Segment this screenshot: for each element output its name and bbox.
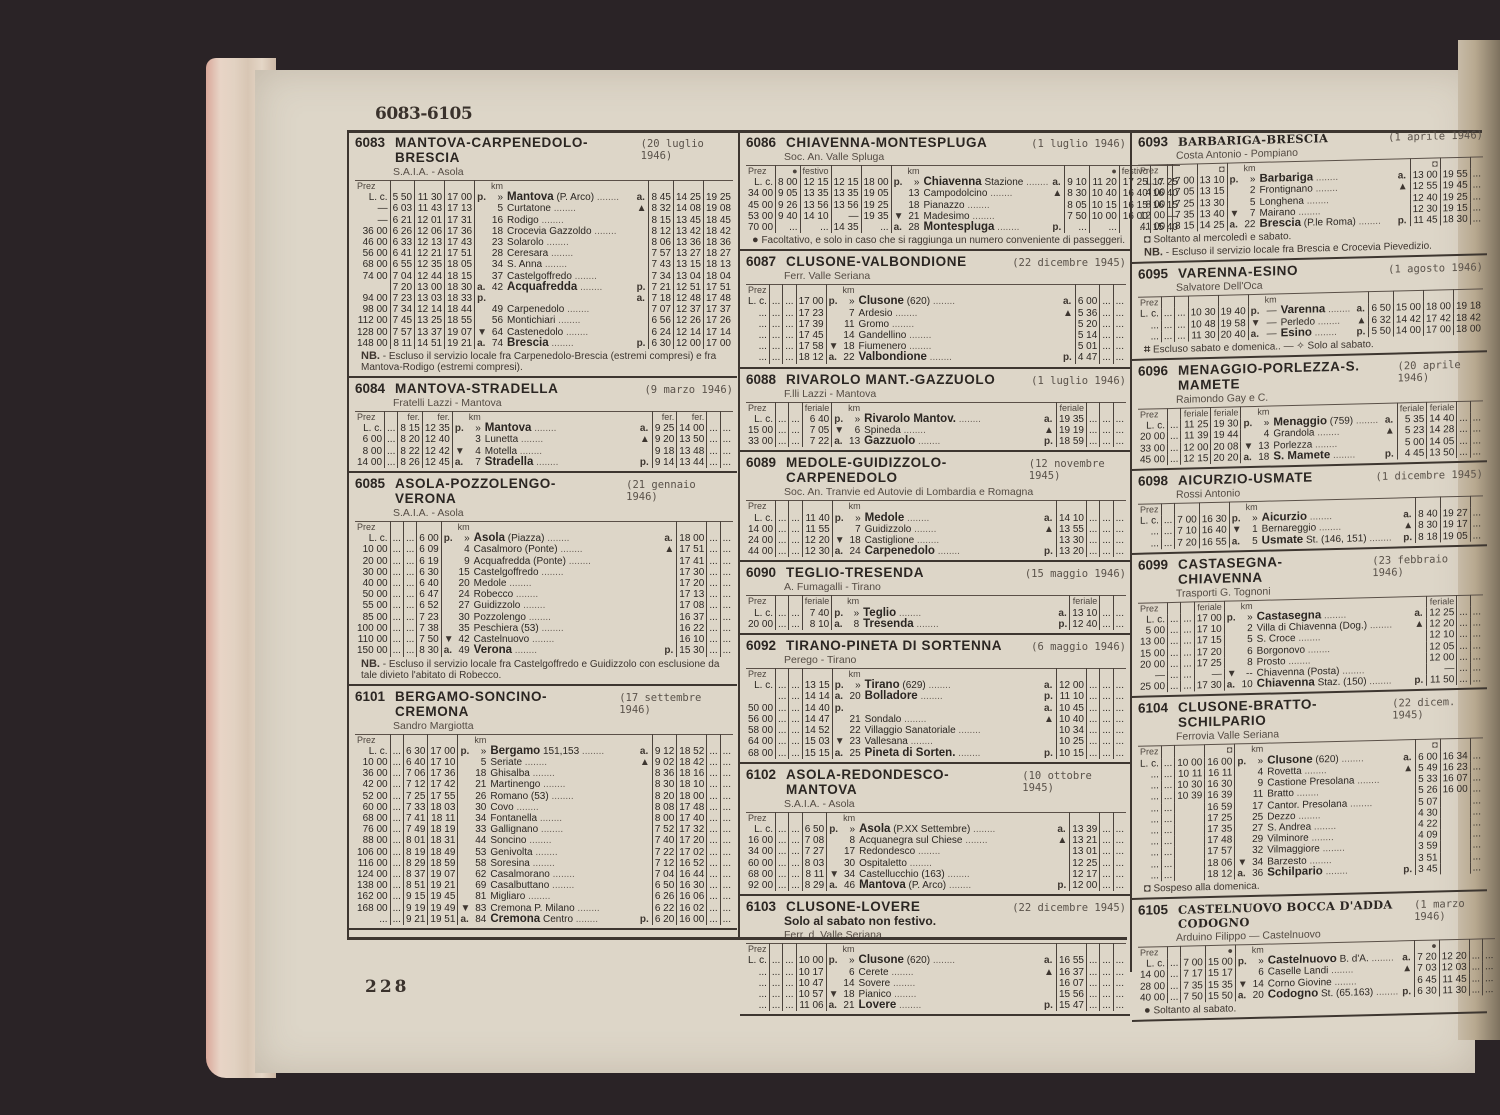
return-time: 17 00 [703, 338, 733, 349]
return-time: ... [707, 824, 720, 835]
return-time: ... [707, 612, 720, 623]
km-cell: 49 [489, 304, 505, 315]
departure-time: 10 57 [796, 989, 826, 1000]
km-cell: — [1263, 317, 1279, 329]
service-header: ● [1089, 166, 1119, 178]
return-time: ... [1469, 962, 1482, 974]
schedule-row: 36 00...7 0617 3618Ghisalba ........8 36… [355, 768, 733, 779]
service-header [796, 944, 826, 956]
return-time: ... [707, 891, 720, 902]
departure-time: ... [403, 533, 416, 544]
return-time: ... [1100, 748, 1113, 759]
direction-flag [458, 847, 472, 858]
station-name: Acquafredda [507, 281, 577, 293]
leader-dots: ........ [1323, 865, 1348, 877]
fare-header: Prez [746, 501, 776, 513]
km-header: km [847, 669, 863, 681]
fare-cell: 88 00 [355, 835, 390, 846]
return-flag: a. [662, 533, 676, 544]
station-name: Gromo [859, 319, 890, 330]
return-time: 17 32 [677, 824, 707, 835]
direction-flag [458, 835, 472, 846]
return-time: ... [1100, 955, 1113, 966]
block-header: 6089MEDOLE-GUIDIZZOLO-CARPENEDOLO(12 nov… [746, 455, 1126, 485]
departure-time: ... [789, 535, 802, 546]
service-header [1168, 946, 1181, 958]
return-time: ... [707, 746, 720, 757]
route-title: MANTOVA-STRADELLA [395, 381, 558, 396]
schedule-row: L. c.8 0012 1512 1518 00p.»Chiavenna Sta… [746, 177, 1180, 188]
km-cell: 22 [1241, 219, 1257, 231]
return-time: 8 20 [652, 791, 676, 802]
station-cell: Pineta di Sorten. ........ [863, 748, 1042, 759]
departure-time: 14 47 [802, 714, 832, 725]
return-time: 19 17 [1440, 519, 1470, 531]
direction-header [826, 944, 840, 956]
km-cell: 30 [472, 802, 488, 813]
km-cell: 10 [1239, 679, 1255, 691]
direction-flag [1224, 635, 1238, 647]
return-time: 15 30 [677, 645, 707, 656]
return-time: 13 15 [673, 259, 703, 270]
direction-flag: p. [452, 423, 466, 434]
departure-time: ... [1168, 431, 1181, 443]
departure-time: 17 42 [428, 779, 458, 790]
departure-time: ... [1168, 647, 1181, 659]
return-time: 6 20 [652, 914, 676, 925]
direction-flag: p. [832, 608, 845, 619]
schedule-row: L. c.......13 15p.»Tirano (629) ........… [746, 680, 1126, 691]
return-time: 8 32 [649, 203, 673, 214]
schedule-table: PrezkmL. c.......10 00p.»Clusone (620) .… [746, 943, 1126, 1011]
station-cell: Curtatone ........ [505, 203, 635, 214]
direction-flag [441, 556, 455, 567]
service-header [707, 412, 720, 424]
station-name: Esino [1281, 326, 1312, 339]
departure-time: 11 43 [415, 203, 445, 214]
return-time: 9 10 [1065, 177, 1089, 188]
leader-dots: ........ [956, 725, 981, 736]
leader-dots: ........ [970, 824, 995, 835]
service-header [1161, 297, 1174, 309]
return-flag [638, 791, 652, 802]
direction-flag: p. [827, 824, 841, 835]
km-cell: 34 [1249, 856, 1265, 868]
return-time: ... [1100, 989, 1113, 1000]
leader-dots: ........ [930, 296, 955, 307]
departure-time: 18 30 [445, 282, 475, 293]
schedule-table: PrezkmL. c.......11 40p.»Medole ........… [746, 500, 1126, 557]
return-time: ... [1100, 725, 1113, 736]
station-name: Bergamo [490, 745, 540, 757]
km-cell: 6 [1250, 967, 1266, 979]
fare-cell: ... [1138, 870, 1161, 882]
return-time: 7 22 [652, 847, 676, 858]
station-name: Soncino [490, 835, 526, 846]
departure-time: ... [1168, 614, 1181, 626]
departure-time: ... [789, 858, 802, 869]
direction-flag: p. [891, 177, 905, 188]
km-cell: 56 [489, 315, 505, 326]
km-header: km [467, 412, 483, 424]
return-time: ... [707, 768, 720, 779]
schedule-row: 88 00...8 0118 3144Soncino ........7 401… [355, 835, 733, 846]
effective-date: (6 maggio 1946) [1031, 641, 1126, 653]
return-time [1440, 818, 1470, 830]
departure-time: 18 03 [428, 802, 458, 813]
return-time: ... [1113, 680, 1126, 691]
direction-flag [458, 779, 472, 790]
schedule-row: 50 00......14 40p.a.10 45......... [746, 703, 1126, 714]
operator-line: Soc. An. Valle Spluga [746, 151, 1126, 163]
footnote-text: Sospeso alla domenica. [1153, 881, 1259, 895]
return-time: 15 00 [1393, 302, 1423, 314]
direction-flag [1235, 767, 1249, 779]
departure-time: ... [789, 869, 802, 880]
departure-time: 7 00 [1175, 515, 1199, 527]
return-flag [635, 259, 649, 270]
return-time: 19 45 [1440, 180, 1470, 192]
station-name: Varenna [1281, 304, 1326, 317]
leader-dots: ........ [896, 1000, 921, 1011]
km-header: km [1239, 600, 1255, 612]
fare-cell: 60 00 [746, 858, 776, 869]
fare-cell: 85 00 [355, 612, 390, 623]
schedule-row: 45 009 2613 5613 5619 2518Pianazzo .....… [746, 200, 1180, 211]
departure-time: ... [390, 824, 403, 835]
leader-dots: ........ [1369, 953, 1394, 965]
schedule-row: 85 00......7 2330Pozzolengo ........16 3… [355, 612, 733, 623]
fare-cell: 128 00 [355, 327, 390, 338]
return-flag [1050, 211, 1064, 222]
return-time: 18 45 [703, 215, 733, 226]
return-time: ... [1470, 169, 1483, 181]
return-flag: ▲ [1400, 963, 1414, 975]
km-cell: 18 [847, 535, 863, 546]
departure-time: ... [403, 589, 416, 600]
leader-dots: ........ [538, 824, 563, 835]
service-header [1070, 812, 1100, 824]
fare-cell: 20 00 [1138, 659, 1168, 671]
route-title: MENAGGIO-PORLEZZA-S. MAMETE [1178, 358, 1387, 393]
leader-dots: ........ [512, 645, 537, 656]
km-cell: » [1241, 174, 1257, 186]
km-cell: 21 [847, 714, 863, 725]
direction-flag: p. [1235, 756, 1249, 768]
schedule-row: 68 006 5512 3518 0534S. Anna ........7 4… [355, 259, 733, 270]
departure-time: 10 00 [796, 955, 826, 966]
return-time: 16 37 [677, 612, 707, 623]
station-name: Peschiera (53) [474, 623, 539, 634]
fare-header: Prez [746, 402, 776, 414]
return-time: 18 00 [1423, 302, 1453, 314]
schedule-table: PrezkmL. c.......17 00p.»Clusone (620) .… [746, 284, 1126, 363]
km-cell: 8 [845, 619, 861, 630]
return-time: 8 30 [652, 779, 676, 790]
departure-time: 12 01 [415, 215, 445, 226]
departure-time: 9 40 [776, 211, 800, 222]
timetable-block-6087: 6087CLUSONE-VALBONDIONE(22 dicembre 1945… [740, 251, 1130, 368]
departure-time: ... [769, 967, 782, 978]
direction-flag [475, 203, 489, 214]
direction-flag: p. [832, 513, 846, 524]
service-header [1065, 166, 1089, 178]
station-name: Covo [490, 802, 513, 813]
station-cell: Genivolta ........ [488, 847, 638, 858]
fare-cell: ... [746, 352, 769, 363]
schedule-row: .........17 58▼18Fiumenero ........5 01.… [746, 341, 1126, 352]
direction-flag: ▼ [475, 327, 489, 338]
leader-dots: ........ [1320, 843, 1345, 855]
return-time: 7 52 [652, 824, 676, 835]
footnote-text: - Escluso il servizio locale fra Carpene… [361, 351, 716, 373]
return-time: 7 34 [649, 271, 673, 282]
effective-date: (1 marzo 1946) [1414, 897, 1483, 923]
station-cell: Ceresara ........ [505, 248, 635, 259]
direction-flag [475, 259, 489, 270]
return-flag [635, 237, 649, 248]
station-cell: Guidizzolo ........ [472, 600, 663, 611]
fare-cell: 44 00 [746, 546, 776, 557]
return-time: 11 50 [1427, 674, 1457, 686]
station-cell: Rodigo ........ [505, 215, 635, 226]
return-time: ... [1113, 967, 1126, 978]
return-time: ... [1113, 691, 1126, 702]
return-time [1440, 806, 1470, 818]
service-header [1175, 296, 1188, 308]
station-name: S. Anna [507, 259, 542, 270]
return-time: 5 14 [1075, 330, 1099, 341]
return-time: 17 42 [1423, 313, 1453, 325]
return-flag [635, 315, 649, 326]
schedule-row: —6 0311 4317 135Curtatone ........▲8 321… [355, 203, 733, 214]
departure-time: 17 36 [445, 226, 475, 237]
return-time: 5 35 [1397, 414, 1427, 426]
return-direction-header [1050, 166, 1064, 178]
departure-time: 14 14 [802, 691, 832, 702]
service-header [1161, 503, 1174, 515]
return-time: 5 49 [1416, 762, 1440, 774]
operator-line: S.A.I.A. - Asola [355, 507, 733, 519]
direction-flag [832, 524, 846, 535]
km-cell: 83 [472, 903, 488, 914]
return-time: ... [720, 612, 733, 623]
fare-cell: ... [746, 978, 769, 989]
fare-cell: ... [1138, 859, 1161, 871]
service-header [776, 812, 789, 824]
km-cell: » [847, 513, 863, 524]
return-time: 14 10 [1056, 513, 1086, 524]
departure-time: ... [1161, 515, 1174, 527]
return-time: ... [1113, 619, 1126, 630]
km-cell: 14 [841, 330, 857, 341]
return-flag: a. [635, 293, 649, 304]
return-time: ... [720, 589, 733, 600]
leader-dots: ........ [890, 978, 915, 989]
return-flag [1042, 535, 1056, 546]
departure-time: ... [1168, 969, 1181, 981]
departure-time: ... [403, 556, 416, 567]
departure-time: 9 15 [403, 891, 427, 902]
leader-dots: ........ [518, 434, 543, 445]
direction-flag: p. [1224, 612, 1238, 624]
departure-time: ... [1181, 670, 1194, 682]
departure-time: 18 12 [1205, 868, 1235, 880]
km-header: km [489, 181, 505, 193]
departure-time: 17 10 [1194, 624, 1224, 636]
leader-dots: ........ [1356, 216, 1381, 228]
departure-time: 12 30 [802, 546, 832, 557]
direction-flag: ▼ [1227, 208, 1241, 220]
return-time: 18 10 [677, 779, 707, 790]
return-time: 8 18 [1416, 531, 1440, 543]
operator-name: Ferrovia Valle Seriana [1176, 729, 1279, 744]
leader-dots: ........ [544, 533, 569, 544]
station-cell: Casalmoro (Ponte) ........ [472, 544, 663, 555]
block-header: 6103CLUSONE-LOVERE(22 dicembre 1945) [746, 899, 1126, 914]
direction-header [1235, 744, 1249, 756]
return-time: ... [707, 446, 720, 457]
service-header [1439, 939, 1469, 951]
leader-dots: ........ [513, 589, 538, 600]
fare-cell: 98 00 [355, 304, 390, 315]
return-time: 7 43 [649, 259, 673, 270]
departure-time: ... [789, 414, 802, 425]
return-time: ... [1113, 846, 1126, 857]
return-time: ... [1100, 736, 1113, 747]
departure-time: 17 43 [445, 237, 475, 248]
leader-dots: ........ [540, 779, 565, 790]
return-time: ... [720, 623, 733, 634]
station-name: Chiavenna [1257, 677, 1315, 690]
return-time: ... [707, 645, 720, 656]
km-cell: 34 [841, 869, 857, 880]
return-time: 16 07 [1440, 773, 1470, 785]
departure-time: ... [1161, 780, 1174, 792]
fare-cell: 16 00 [746, 835, 776, 846]
fare-cell: ... [746, 1000, 769, 1011]
return-time: ... [707, 791, 720, 802]
return-time: ... [1470, 629, 1483, 641]
leader-dots: ........ [889, 319, 914, 330]
return-time: 8 36 [652, 768, 676, 779]
return-time: 9 02 [652, 757, 676, 768]
return-time: 18 00 [677, 533, 707, 544]
fare-cell: 20 00 [1138, 432, 1168, 444]
fare-header: Prez [1138, 165, 1168, 177]
operator-name: Soc. An. Valle Spluga [784, 151, 884, 163]
leader-dots: ........ [945, 869, 970, 880]
fare-cell: 60 00 [355, 802, 390, 813]
return-time: ... [1086, 703, 1099, 714]
station-name: Asola [474, 532, 505, 544]
return-time: ... [1470, 530, 1483, 542]
service-header [1086, 402, 1099, 414]
route-number: 6084 [355, 381, 385, 396]
leader-dots: ........ [918, 691, 943, 702]
return-flag: ▲ [635, 203, 649, 214]
return-time: 12 25 [1070, 858, 1100, 869]
departure-time: 7 25 [1173, 198, 1197, 210]
return-time: ... [720, 600, 733, 611]
direction-flag: p. [826, 955, 840, 966]
departure-time: 6 09 [417, 544, 441, 555]
return-time: 7 50 [1065, 211, 1089, 222]
departure-time: 7 08 [802, 835, 826, 846]
return-time: 12 14 [673, 327, 703, 338]
direction-header [1224, 601, 1238, 613]
departure-time: ... [390, 891, 403, 902]
route-number: 6098 [1138, 473, 1168, 489]
fare-header: Prez [1138, 947, 1168, 959]
station-detail: (P.XX Settembre) [893, 824, 970, 835]
leader-dots: ........ [533, 847, 558, 858]
return-time: 17 30 [677, 567, 707, 578]
service-header [1181, 602, 1194, 614]
departure-time: ... [783, 296, 796, 307]
departure-time: ... [776, 714, 789, 725]
leader-dots: ........ [926, 680, 951, 691]
return-time: ... [720, 903, 733, 914]
direction-flag: p. [826, 296, 840, 307]
return-flag: a. [1400, 952, 1414, 964]
km-cell: 2 [1241, 185, 1257, 197]
station-cell: Medole ........ [472, 578, 663, 589]
return-flag [1055, 858, 1069, 869]
km-cell: 64 [489, 327, 505, 338]
return-time: 14 25 [673, 192, 703, 203]
fare-cell: L. c. [1138, 176, 1168, 188]
return-time: 17 08 [677, 600, 707, 611]
departure-time: 10 11 [1175, 768, 1205, 780]
fare-cell: L. c. [746, 296, 769, 307]
station-cell: Ospitaletto ........ [857, 858, 1055, 869]
return-time: 18 13 [703, 259, 733, 270]
return-direction-header [1042, 944, 1056, 956]
return-time: ... [720, 791, 733, 802]
direction-flag [458, 768, 472, 779]
departure-time: ... [861, 222, 891, 233]
direction-flag: ▼ [452, 446, 466, 457]
fare-cell: ... [1138, 848, 1161, 860]
operator-line: S.A.I.A. - Asola [355, 166, 733, 178]
departure-time: 8 51 [403, 880, 427, 891]
km-cell: 22 [841, 352, 857, 363]
station-cell: Redondesco ........ [857, 846, 1055, 857]
departure-time: 16 00 [1205, 756, 1235, 768]
departure-time: 17 51 [445, 248, 475, 259]
departure-time [1175, 846, 1205, 858]
station-cell: Pozzolengo ........ [472, 612, 663, 623]
departure-time: 6 47 [417, 589, 441, 600]
return-time: ... [1457, 652, 1470, 664]
km-cell: 28 [489, 248, 505, 259]
station-cell: Asola (Piazza) ........ [472, 533, 663, 544]
departure-time: 13 15 [802, 680, 832, 691]
return-time [1440, 829, 1470, 841]
station-cell: Chiavenna Staz. (150) ........ [1255, 675, 1413, 690]
schedule-row: 20 00......6 199Acquafredda (Ponte) ....… [355, 556, 733, 567]
return-time: ... [1100, 703, 1113, 714]
direction-flag: ▼ [1224, 668, 1238, 680]
return-time: 12 17 [1070, 869, 1100, 880]
return-time: 5 36 [1075, 308, 1099, 319]
km-cell: 27 [1249, 823, 1265, 835]
leader-dots: ........ [915, 846, 940, 857]
km-header: km [1244, 501, 1260, 513]
km-cell: 30 [841, 858, 857, 869]
departure-time: ... [783, 330, 796, 341]
